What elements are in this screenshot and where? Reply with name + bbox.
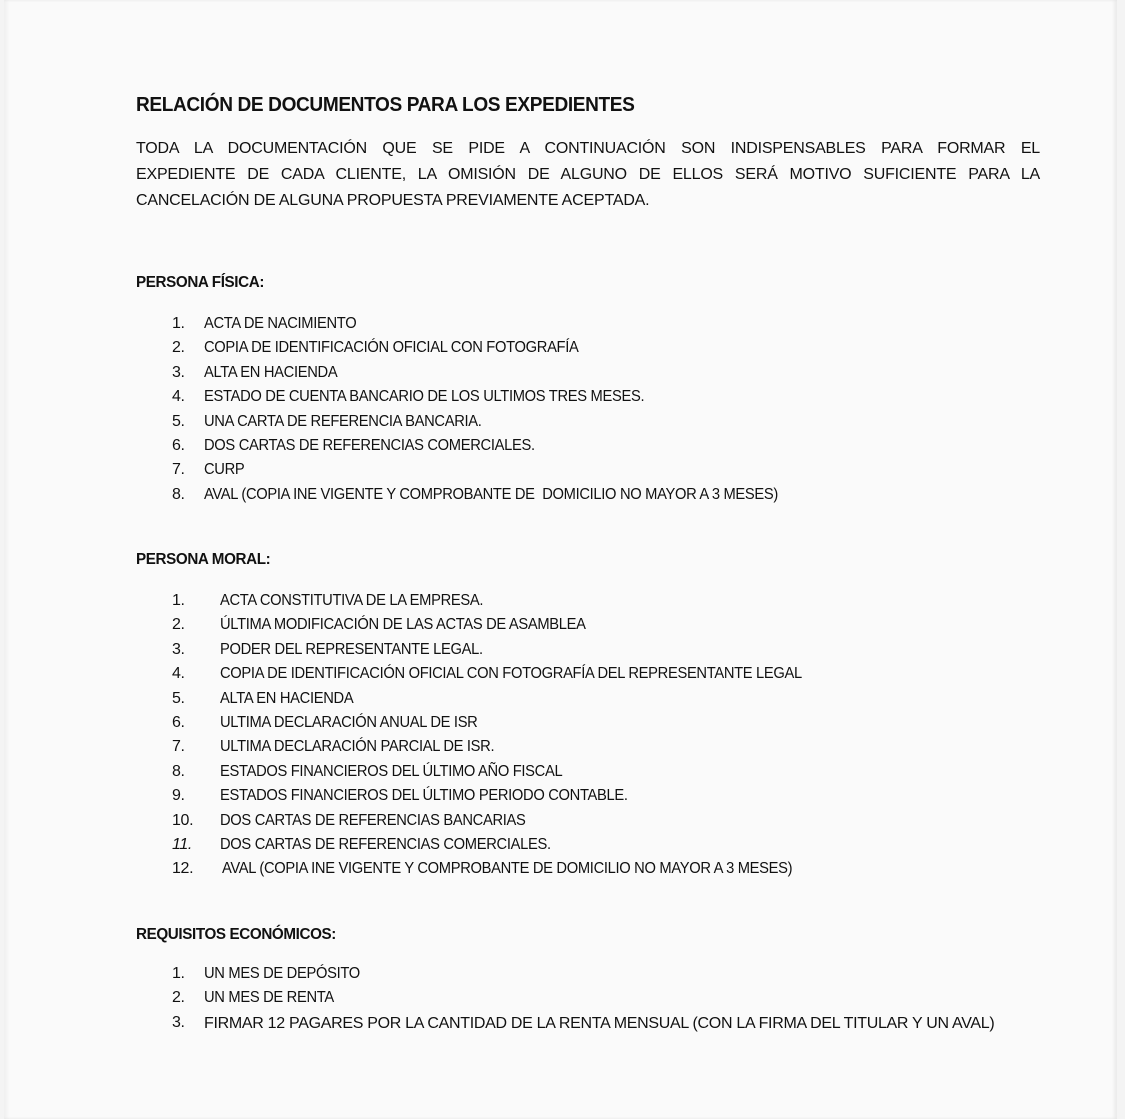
- intro-paragraph: TODA LA DOCUMENTACIÓN QUE SE PIDE A CONT…: [136, 136, 1040, 214]
- list-item: 4.ESTADO DE CUENTA BANCARIO DE LOS ULTIM…: [172, 385, 828, 409]
- list-item: 1.ACTA CONSTITUTIVA DE LA EMPRESA.: [172, 589, 853, 613]
- list-item: 5.UNA CARTA DE REFERENCIA BANCARIA.: [172, 410, 828, 434]
- list-item: 1.ACTA DE NACIMIENTO: [172, 312, 828, 336]
- list-item: 7.CURP: [172, 458, 828, 482]
- section-heading-persona-moral: PERSONA MORAL:: [136, 548, 270, 572]
- list-item: 6.DOS CARTAS DE REFERENCIAS COMERCIALES.: [172, 434, 828, 458]
- list-item: 9.ESTADOS FINANCIEROS DEL ÚLTIMO PERIODO…: [172, 784, 853, 808]
- section-heading-persona-fisica: PERSONA FÍSICA:: [136, 271, 264, 295]
- list-item: 7.ULTIMA DECLARACIÓN PARCIAL DE ISR.: [172, 735, 853, 759]
- list-item: 11.DOS CARTAS DE REFERENCIAS COMERCIALES…: [172, 833, 853, 857]
- document-title: RELACIÓN DE DOCUMENTOS PARA LOS EXPEDIEN…: [136, 90, 977, 120]
- intro-line: TODA LA DOCUMENTACIÓN QUE SE PIDE A CONT…: [136, 136, 1040, 162]
- list-item: 3.PODER DEL REPRESENTANTE LEGAL.: [172, 638, 853, 662]
- persona-fisica-list: 1.ACTA DE NACIMIENTO 2.COPIA DE IDENTIFI…: [172, 312, 828, 507]
- intro-line: EXPEDIENTE DE CADA CLIENTE, LA OMISIÓN D…: [136, 162, 1040, 188]
- requisitos-economicos-list: 1.UN MES DE DEPÓSITO 2.UN MES DE RENTA 3…: [172, 962, 1040, 1036]
- list-item: 3.ALTA EN HACIENDA: [172, 361, 828, 385]
- list-item: 12.AVAL (COPIA INE VIGENTE Y COMPROBANTE…: [172, 857, 853, 881]
- list-item: 2.ÚLTIMA MODIFICACIÓN DE LAS ACTAS DE AS…: [172, 613, 853, 637]
- list-item: 5.ALTA EN HACIENDA: [172, 687, 853, 711]
- persona-moral-list: 1.ACTA CONSTITUTIVA DE LA EMPRESA. 2.ÚLT…: [172, 589, 853, 882]
- document-page: RELACIÓN DE DOCUMENTOS PARA LOS EXPEDIEN…: [4, 0, 1117, 1119]
- list-item: 1.UN MES DE DEPÓSITO: [172, 962, 1040, 986]
- list-item: 4.COPIA DE IDENTIFICACIÓN OFICIAL CON FO…: [172, 662, 853, 686]
- document-content: RELACIÓN DE DOCUMENTOS PARA LOS EXPEDIEN…: [136, 90, 1040, 214]
- intro-line: CANCELACIÓN DE ALGUNA PROPUESTA PREVIAME…: [136, 188, 1040, 214]
- list-item: 2.UN MES DE RENTA: [172, 986, 1040, 1010]
- list-item: 6.ULTIMA DECLARACIÓN ANUAL DE ISR: [172, 711, 853, 735]
- section-heading-requisitos-economicos: REQUISITOS ECONÓMICOS:: [136, 923, 336, 947]
- list-item: 3.FIRMAR 12 PAGARES POR LA CANTIDAD DE L…: [172, 1011, 1040, 1036]
- list-item: 2.COPIA DE IDENTIFICACIÓN OFICIAL CON FO…: [172, 336, 828, 360]
- list-item: 8.ESTADOS FINANCIEROS DEL ÚLTIMO AÑO FIS…: [172, 760, 853, 784]
- list-item: 8.AVAL (COPIA INE VIGENTE Y COMPROBANTE …: [172, 483, 828, 507]
- list-item: 10.DOS CARTAS DE REFERENCIAS BANCARIAS: [172, 809, 853, 833]
